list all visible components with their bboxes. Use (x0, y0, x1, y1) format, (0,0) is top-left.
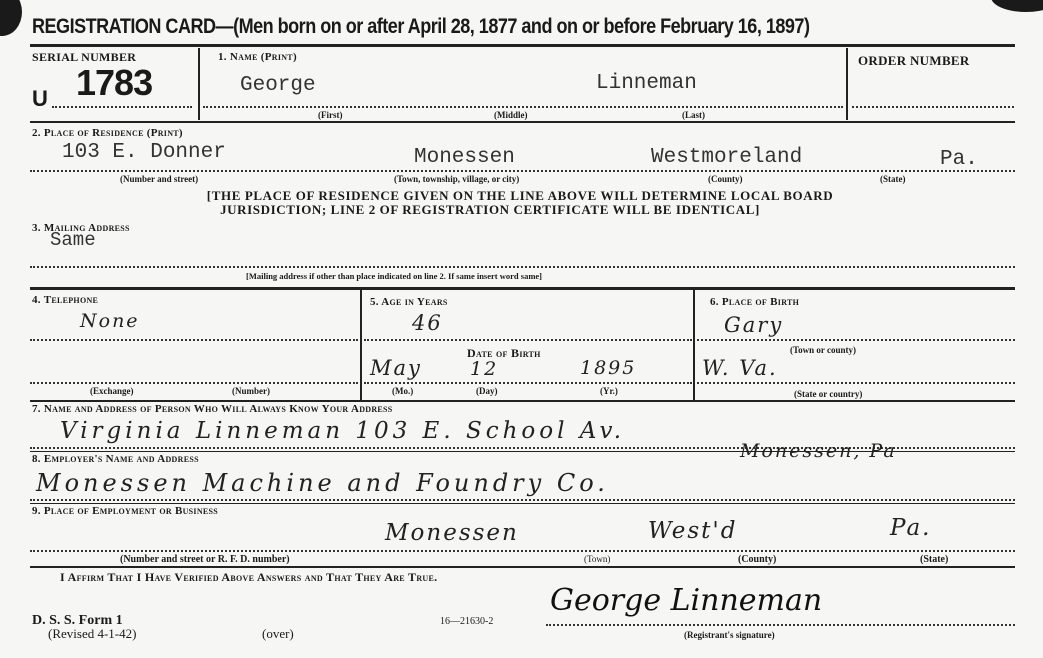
county-caption: (County) (708, 174, 743, 184)
town-or-county-caption: (Town or county) (790, 345, 856, 355)
telephone-value: None (80, 310, 140, 332)
divider (30, 121, 1015, 123)
mailing-address-value: Same (50, 229, 96, 251)
print-code: 16—21630-2 (440, 616, 493, 627)
telephone-line-2 (30, 382, 358, 384)
residence-county-value: Westmoreland (651, 146, 802, 169)
divider (30, 566, 1015, 568)
order-number-label: ORDER NUMBER (858, 53, 970, 69)
divider (846, 48, 848, 120)
employer-name-value: Monessen Machine and Foundry Co. (36, 469, 609, 497)
order-number-line (852, 106, 1014, 108)
scan-corner-shadow (0, 0, 22, 36)
last-name-value: Linneman (596, 72, 697, 95)
mailing-line (30, 266, 1015, 268)
telephone-line-1 (30, 339, 358, 341)
first-caption: (First) (318, 110, 343, 120)
residence-label: 2. Place of Residence (Print) (32, 127, 183, 139)
employer-line (30, 499, 1015, 501)
employment-street-caption: (Number and street or R. F. D. number) (120, 554, 290, 565)
signature-line (546, 624, 1015, 626)
employment-county-value: West'd (648, 518, 737, 544)
divider (198, 48, 200, 120)
residence-street-value: 103 E. Donner (62, 141, 226, 164)
form-revised: (Revised 4-1-42) (48, 627, 136, 640)
employment-place-label: 9. Place of Employment or Business (32, 505, 218, 517)
divider (693, 290, 695, 400)
divider (30, 287, 1015, 290)
divider (30, 503, 1015, 504)
divider (360, 290, 362, 400)
age-label: 5. Age in Years (370, 296, 448, 308)
employment-state-caption: (State) (920, 554, 948, 565)
dob-year-value: 1895 (580, 357, 636, 379)
employment-line (30, 550, 1015, 552)
birthplace-town-line (697, 339, 1015, 341)
last-caption: (Last) (682, 110, 705, 120)
first-name-value: George (240, 74, 316, 97)
jurisdiction-notice-1: [THE PLACE OF RESIDENCE GIVEN ON THE LIN… (90, 189, 950, 203)
serial-number-value: 1783 (76, 62, 152, 104)
over-note: (over) (262, 627, 294, 640)
yr-caption: (Yr.) (600, 386, 618, 396)
employer-label: 8. Employer's Name and Address (32, 453, 199, 465)
exchange-caption: (Exchange) (90, 386, 134, 396)
age-value: 46 (412, 311, 443, 335)
mailing-caption: [Mailing address if other than place ind… (246, 271, 542, 281)
birthplace-town-value: Gary (724, 313, 783, 337)
mo-caption: (Mo.) (392, 386, 413, 396)
divider (30, 44, 1015, 47)
employment-county-caption: (County) (738, 554, 776, 565)
birthplace-label: 6. Place of Birth (710, 296, 799, 308)
serial-prefix: U (32, 86, 48, 112)
dob-day-value: 12 (470, 358, 498, 380)
contact-label: 7. Name and Address of Person Who Will A… (32, 403, 393, 415)
birthplace-state-line (697, 382, 1015, 384)
card-title: REGISTRATION CARD—(Men born on or after … (32, 15, 809, 39)
signature-caption: (Registrant's signature) (684, 630, 775, 640)
divider (30, 400, 1015, 402)
name-label: 1. Name (Print) (218, 51, 297, 63)
employment-town-caption: (Town) (584, 554, 610, 564)
street-caption: (Number and street) (120, 174, 198, 184)
scan-corner-shadow (991, 0, 1043, 12)
jurisdiction-notice-2: JURISDICTION; LINE 2 OF REGISTRATION CER… (90, 203, 890, 217)
telephone-label: 4. Telephone (32, 294, 98, 306)
dob-line (364, 382, 692, 384)
residence-town-value: Monessen (414, 146, 515, 169)
contact-value: Virginia Linneman 103 E. School Av. (60, 418, 625, 444)
registrant-signature: George Linneman (550, 583, 822, 618)
state-caption: (State) (880, 174, 906, 184)
name-line (203, 106, 843, 108)
number-caption: (Number) (232, 386, 270, 396)
residence-state-value: Pa. (940, 148, 978, 171)
affirmation-text: I Affirm That I Have Verified Above Answ… (60, 570, 437, 585)
birthplace-state-value: W. Va. (702, 356, 778, 380)
town-caption: (Town, township, village, or city) (394, 174, 519, 184)
employment-state-value: Pa. (890, 515, 931, 541)
age-line (364, 339, 692, 341)
state-or-country-caption: (State or country) (794, 389, 862, 399)
serial-line (52, 106, 192, 108)
dob-month-value: May (370, 356, 422, 380)
employer-address-value: Monessen, Pa (740, 440, 897, 462)
employment-town-value: Monessen (385, 520, 519, 546)
middle-caption: (Middle) (494, 110, 528, 120)
day-caption: (Day) (476, 386, 498, 396)
residence-line (30, 170, 1015, 172)
registration-card: REGISTRATION CARD—(Men born on or after … (0, 0, 1043, 658)
